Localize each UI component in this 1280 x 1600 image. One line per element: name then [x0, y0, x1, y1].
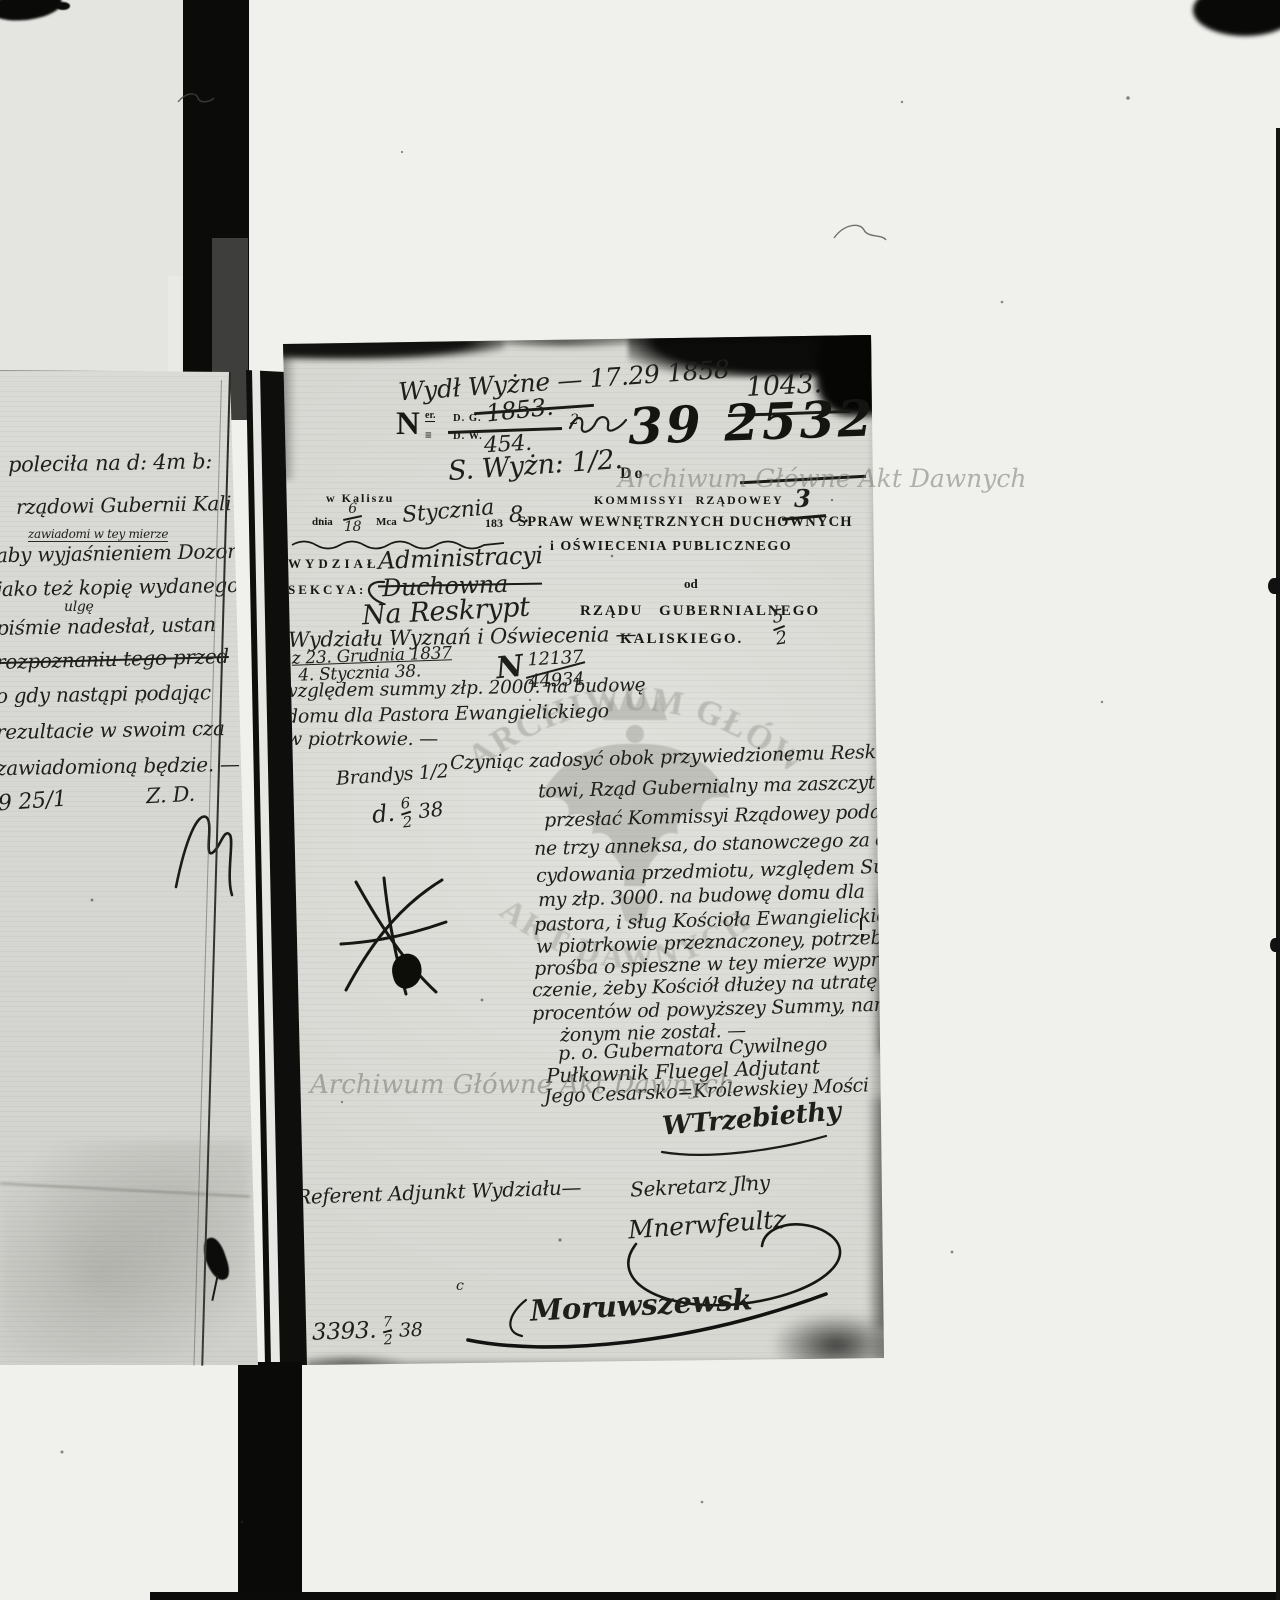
- address-line5: KALISKIEGO.: [620, 631, 743, 648]
- bottom-signature: Moruwszewsk: [529, 1282, 753, 1328]
- dateline-year-written: 8.: [509, 503, 529, 528]
- dateline-day: 6 18: [344, 502, 361, 534]
- docket-den: 2: [383, 1333, 392, 1347]
- registry-big-number: 39 25322: [627, 387, 914, 456]
- docket-year: 38: [399, 1319, 423, 1342]
- left-line-interlinear: ulgę: [64, 599, 94, 615]
- corner-ink-blob-top-right: [1193, 0, 1280, 36]
- film-bump: [1270, 938, 1280, 952]
- address-line2: SPRAW WEWNĘTRZNYCH DUCHOWNYCH: [518, 514, 853, 531]
- left-initials: Z. D.: [145, 782, 195, 809]
- background-left-top: [0, 0, 183, 374]
- body-line: przesłać Kommissyi Rządowey poda=: [544, 800, 897, 831]
- dateline-dnia: dnia: [312, 516, 333, 528]
- margin-mark-den: 2: [774, 629, 788, 649]
- subject-line5: w piotrkowie. —: [286, 728, 438, 750]
- subject-no-num: 12137: [527, 649, 584, 670]
- address-line1: KOMMISSYI RZĄDOWEY: [594, 493, 784, 508]
- address-od: od: [684, 576, 698, 592]
- stain-bottom-edge: [308, 1358, 868, 1368]
- wydzial-value: Administracyi: [378, 541, 544, 575]
- dateline-mca: Mca: [376, 516, 397, 528]
- left-line: poleciła na d: 4m b:: [8, 449, 212, 477]
- burn-top-left: [272, 332, 504, 360]
- top-note-sub: 2: [570, 412, 579, 428]
- stain-right-lower: [866, 1098, 896, 1328]
- left-line: rządowi Gubernii Kali: [16, 491, 232, 519]
- big-number-underline: [740, 475, 866, 485]
- margin-note-2-year: 38: [417, 797, 444, 823]
- docket-main: 3393.: [312, 1317, 377, 1345]
- film-strip-right: [1276, 128, 1280, 1600]
- left-line: jako też kopię wydanego: [0, 573, 239, 601]
- left-page-fragment: poleciła na d: 4m b: rządowi Gubernii Ka…: [0, 370, 260, 1366]
- dateline-year-printed: 183: [485, 516, 503, 531]
- paper-mottle: [0, 1141, 250, 1361]
- day-num: 6: [348, 502, 357, 516]
- body-line: ne trzy anneksa, do stanowczego za de=: [534, 828, 914, 860]
- dateline-month: Stycznia: [401, 495, 495, 528]
- number-label-sup: er.: [425, 410, 435, 422]
- left-line: piśmie nadesłał, ustan: [0, 612, 216, 640]
- pen-tick: [860, 918, 862, 930]
- day-den: 18: [344, 520, 361, 534]
- address-line4: RZĄDU GUBERNIALNEGO: [580, 603, 820, 620]
- subject-line4: domu dla Pastora Ewangielickiego: [286, 700, 609, 728]
- left-registry-note: 9 25/1: [0, 787, 67, 817]
- margin-note-2-den: 2: [402, 814, 413, 830]
- main-document-page: ARCHIWUM GŁÓWNE AKT DAWNYCH Wydł Wyżne —…: [278, 332, 890, 1368]
- ink-blob: [388, 951, 426, 992]
- big-number-sub: 3: [794, 484, 810, 513]
- sekcya-label: SEKCYA:: [288, 582, 366, 598]
- body-line: Czyniąc zadosyć obok przywiedzionemu Res…: [450, 740, 923, 774]
- address-line3: i OŚWIECENIA PUBLICZNEGO: [550, 539, 792, 555]
- secretary-signature: Mnerwfeultz: [627, 1205, 787, 1245]
- stain-bottom-right-corner: [774, 1314, 898, 1376]
- dg-value: 1853.: [485, 393, 555, 428]
- left-line: rozpoznaniu tego przed: [0, 644, 229, 674]
- pen-tick: [861, 934, 864, 937]
- margin-note-2: d. 62 38: [370, 792, 444, 833]
- signature-flourish: [168, 807, 238, 899]
- governor-signature: WTrzebiethy: [661, 1096, 842, 1141]
- stain-right-dark-2: [880, 892, 894, 1052]
- scanned-archival-document: poleciła na d: 4m b: rządowi Gubernii Ka…: [0, 0, 1280, 1600]
- hair-mark: [830, 218, 890, 248]
- ink-dot: [56, 2, 70, 10]
- film-strip-bottom: [150, 1592, 1280, 1600]
- footer-right-title: Sekretarz Jlny: [629, 1170, 770, 1201]
- paper-crease: [0, 1182, 250, 1197]
- margin-note-2-d: d.: [371, 799, 396, 829]
- number-label-sub: ≡: [425, 428, 432, 443]
- film-black-bar-bottom: [238, 1362, 302, 1600]
- margin-note-2-num: 6: [400, 796, 411, 812]
- small-pen-mark: c: [456, 1278, 464, 1294]
- stain-right-dark-1: [880, 512, 896, 642]
- series-note: S. Wyżn: 1/2.: [447, 444, 623, 487]
- stain-bottom-left: [294, 1354, 404, 1370]
- left-line: rezultacie w swoim cza: [0, 716, 225, 744]
- left-line: aby wyjaśnieniem Dozoru: [0, 539, 249, 567]
- wydzial-label: WYDZIAŁ: [288, 556, 380, 572]
- docket-num: 7: [383, 1315, 392, 1329]
- number-label-n: N: [396, 406, 420, 443]
- left-line: o gdy nastąpi podając: [0, 680, 211, 708]
- footer-left-title: Referent Adjunkt Wydziału—: [296, 1175, 582, 1209]
- dg-label: D. G.: [453, 413, 482, 424]
- body-line: towi, Rząd Gubernialny ma zaszczyt: [538, 772, 876, 803]
- docket-number: 3393. 72 38: [311, 1314, 423, 1349]
- film-bump: [1268, 578, 1280, 594]
- ink-pin-tail: [211, 1275, 218, 1301]
- page-edge-sliver: [168, 276, 181, 374]
- left-line: zawiadomioną będzie. —: [0, 752, 240, 780]
- burn-top-band: [278, 332, 890, 348]
- margin-note-1: Brandys 1/2: [335, 760, 449, 790]
- address-do: Do: [620, 465, 646, 483]
- burn-top-mid: [500, 334, 625, 349]
- cancellation-scribble: [336, 872, 451, 1000]
